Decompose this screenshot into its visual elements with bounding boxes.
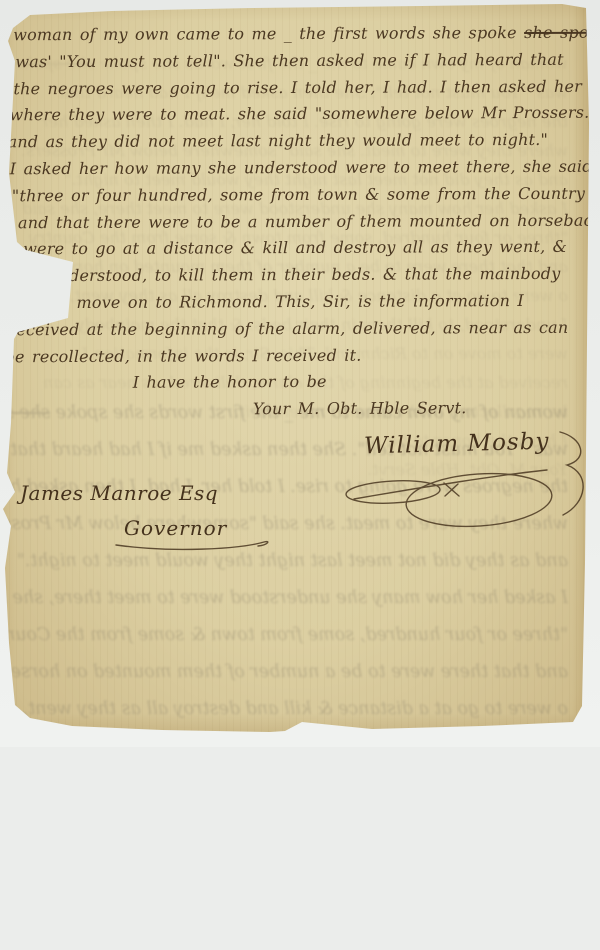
letter-line: I understood, to kill them in their beds…: [34, 261, 580, 290]
line-text: woman of my own came to me _ the first w…: [13, 23, 524, 44]
signature: William Mosby: [364, 429, 550, 460]
paraph-cross: [444, 483, 459, 496]
letter-line: woman of my own came to me _ the first w…: [13, 20, 579, 49]
letter-body: woman of my own came to me _ the first w…: [17, 20, 581, 424]
line-text: I understood, to kill them in their beds…: [34, 264, 560, 285]
line-text: o were to go at a distance & kill and de…: [1, 699, 568, 719]
letter-line: and as they did not meet last night they…: [2, 543, 592, 580]
letter-line: and that there were to be a number of th…: [2, 654, 592, 691]
line-text: Your M. Obt. Hble Servt.: [253, 398, 467, 418]
line-text: be recollected, in the words I received …: [5, 345, 362, 366]
line-text: "three or four hundred, some from town &…: [0, 625, 568, 645]
addressee-line: James Manroe Esq: [20, 481, 218, 505]
letter-line: and that there were to be a number of th…: [18, 207, 580, 236]
line-text: were to move on to Richmond. This, Sir, …: [4, 291, 524, 312]
line-text: the negroes were going to rise. I told h…: [13, 76, 582, 97]
line-text: "three or four hundred, some from town &…: [12, 184, 585, 206]
letter-line: Your M. Obt. Hble Servt.: [2, 455, 592, 484]
letter-line: where they were to meat. she said "somew…: [9, 100, 579, 129]
letter-line: were to move on to Richmond. This, Sir, …: [4, 288, 580, 317]
line-text: I asked her how many she understood were…: [10, 157, 593, 179]
paraph-sweep: [354, 470, 547, 499]
paraph-large-loop: [404, 469, 553, 531]
line-text: received at the beginning of the alarm, …: [8, 318, 568, 339]
letter-line: where they were to meat. she said "somew…: [2, 506, 592, 543]
addressee-title-line: Governor: [124, 516, 227, 540]
letter-line: I asked her how many she understood were…: [2, 580, 592, 617]
letter-line: Your M. Obt. Hble Servt.: [253, 395, 581, 423]
line-text: o were to go at a distance & kill and de…: [6, 237, 567, 258]
letter-line: be recollected, in the words I received …: [5, 341, 581, 370]
letter-line: I have the honor to be: [133, 368, 581, 397]
line-text: and that there were to be a number of th…: [0, 662, 568, 682]
line-text: and as they did not meet last night they…: [8, 130, 548, 151]
letter-line: the negroes were going to rise. I told h…: [13, 73, 579, 102]
line-text: where they were to meat. she said "somew…: [9, 103, 597, 125]
line-text: and that there were to be a number of th…: [18, 210, 600, 232]
letter-page: woman of my own came to me _ the first w…: [2, 3, 592, 739]
line-text: was' "You must not tell". She then asked…: [15, 50, 564, 71]
governor-underline-flourish: [116, 542, 268, 550]
letter-line: "three or four hundred, some from town &…: [12, 181, 580, 210]
signature-bracket-flourish: [560, 432, 583, 515]
letter-line: and as they did not meet last night they…: [8, 127, 580, 156]
letter-line: received at the beginning of the alarm, …: [8, 315, 580, 344]
letter-line: was' "You must not tell". She then asked…: [15, 47, 579, 76]
line-text: Your M. Obt. Hble Servt.: [367, 460, 568, 479]
line-text: and as they did not meet last night they…: [17, 551, 568, 571]
letter-line: "three or four hundred, some from town &…: [2, 617, 592, 654]
letter-line: I asked her how many she understood were…: [10, 154, 580, 183]
line-text: I asked her how many she understood were…: [0, 588, 568, 608]
line-text: where they were to meat. she said "somew…: [0, 514, 568, 534]
letter-line: o were to go at a distance & kill and de…: [6, 234, 580, 263]
line-text: I have the honor to be: [133, 372, 327, 392]
paraph-small-loop: [345, 479, 440, 506]
letter-line: o were to go at a distance & kill and de…: [2, 691, 592, 728]
